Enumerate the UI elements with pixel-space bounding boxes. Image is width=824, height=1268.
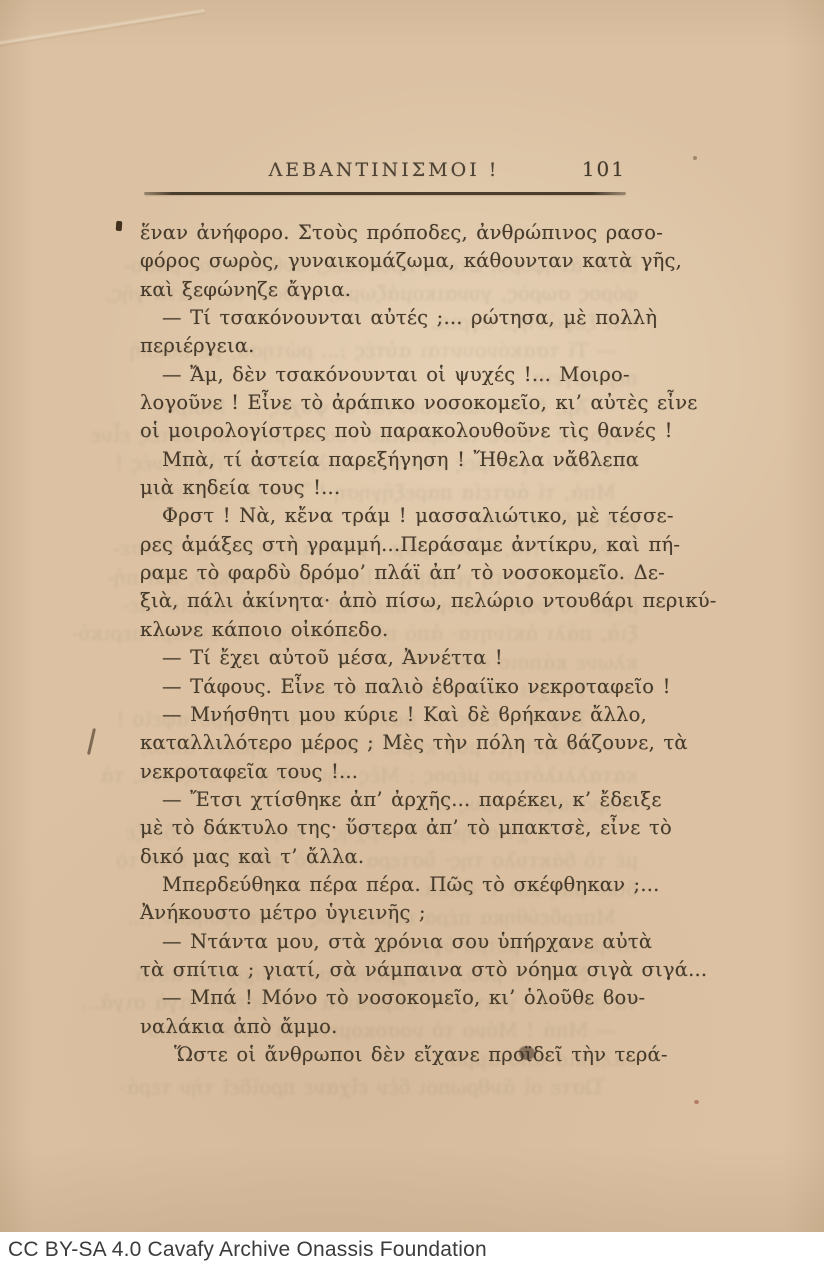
ink-mark [116, 221, 123, 231]
text-line: ξιὰ, πάλι ἀκίνητα· ἀπὸ πίσω, πελώριο ντο… [140, 587, 634, 615]
text-line: — Μνήσθητι μου κύριε ! Καὶ δὲ ϐρήκανε ἄλ… [140, 701, 634, 729]
text-line: Μπὰ, τί ἀστεία παρεξήγηση ! Ἤθελα νἄϐλεπ… [140, 446, 634, 474]
text-line: οἱ μοιρολογίστρες ποὺ παρακολουθοῦνε τὶς… [140, 417, 634, 445]
text-line: Ἀνήκουστο μέτρο ὑγιεινῆς ; [140, 899, 634, 927]
text-line: ρες ἁμάξες στὴ γραμμή...Περάσαμε ἀντίκρυ… [140, 531, 634, 559]
text-line: Ὥστε οἱ ἄνθρωποι δὲν εἴχανε προϊδεῖ τὴν … [118, 1074, 638, 1102]
text-line: μιὰ κηδεία τους !... [140, 474, 634, 502]
text-line: δικό μας καὶ τ’ ἄλλα. [140, 843, 634, 871]
text-line: λογοῦνε ! Εἶνε τὸ ἀράπικο νοσοκομεῖο, κι… [140, 389, 634, 417]
text-line: Ὥστε οἱ ἄνθρωποι δὲν εἴχανε προϊδεῖ τὴν … [140, 1041, 634, 1069]
text-line: — Ντάντα μου, στὰ χρόνια σου ὑπήρχανε αὐ… [140, 928, 634, 956]
text-line: νεκροταφεῖα τους !... [140, 758, 634, 786]
paper-speck [694, 1100, 699, 1104]
text-line: κλωνε κάποιο οἰκόπεδο. [140, 616, 634, 644]
text-line: — Ἔτσι χτίσθηκε ἀπ’ ἀρχῆς... παρέκει, κ’… [140, 786, 634, 814]
text-line: Φρστ ! Νὰ, κἔνα τράμ ! μασσαλιώτικο, μὲ … [140, 502, 634, 530]
page-number: 101 [582, 157, 626, 181]
text-block: ἕναν ἀνήφορο. Στοὺς πρόποδες, ἀνθρώπινος… [140, 219, 634, 1069]
text-line: — Ἄμ, δὲν τσακόνουνται οἱ ψυχές !... Μοι… [140, 361, 634, 389]
text-line: ραμε τὸ φαρδὺ δρόμο’ πλάϊ ἀπ’ τὸ νοσοκομ… [140, 559, 634, 587]
text-line: φόρος σωρὸς, γυναικομάζωμα, κάθουνταν κα… [140, 247, 634, 275]
text-line: μὲ τὸ δάκτυλο της· ὕστερα ἀπ’ τὸ μπακτσὲ… [140, 814, 634, 842]
text-line: Μπερδεύθηκα πέρα πέρα. Πῶς τὸ σκέφθηκαν … [140, 871, 634, 899]
text-line: — Τί τσακόνουνται αὐτές ;... ρώτησα, μὲ … [140, 304, 634, 332]
license-text: CC BY-SA 4.0 Cavafy Archive Onassis Foun… [0, 1238, 487, 1262]
paper-speck [693, 156, 697, 160]
license-bar: CC BY-SA 4.0 Cavafy Archive Onassis Foun… [0, 1232, 824, 1268]
text-line: περιέργεια. [140, 332, 634, 360]
text-line: τὰ σπίτια ; γιατί, σὰ νάμπαινα στὸ νόημα… [140, 956, 634, 984]
scanned-page: ἕναν ἀνήφορο. Στοὺς πρόποδες, ἀνθρώπινος… [0, 0, 824, 1232]
text-line: — Τί ἔχει αὐτοῦ μέσα, Ἀννέττα ! [140, 644, 634, 672]
running-title: ΛΕΒΑΝΤΙΝΙΣΜΟΙ ! [140, 159, 628, 181]
text-line: — Τάφους. Εἶνε τὸ παλιὸ ἑϐραίϊκο νεκροτα… [140, 673, 634, 701]
text-line: ναλάκια ἀπὸ ἄμμο. [140, 1013, 634, 1041]
page-header: ΛΕΒΑΝΤΙΝΙΣΜΟΙ ! 101 [140, 159, 628, 185]
header-rule [144, 192, 626, 195]
text-line: καὶ ξεφώνηζε ἄγρια. [140, 276, 634, 304]
text-line: — Μπά ! Μόνο τὸ νοσοκομεῖο, κι’ ὁλοῦθε ϐ… [140, 984, 634, 1012]
text-line: καταλλιλότερο μέρος ; Μὲς τὴν πόλη τὰ ϐά… [140, 729, 634, 757]
margin-slash-mark [87, 728, 96, 755]
text-line: ἕναν ἀνήφορο. Στοὺς πρόποδες, ἀνθρώπινος… [140, 219, 634, 247]
ink-smudge [519, 1046, 535, 1060]
paper-crease [0, 5, 206, 51]
